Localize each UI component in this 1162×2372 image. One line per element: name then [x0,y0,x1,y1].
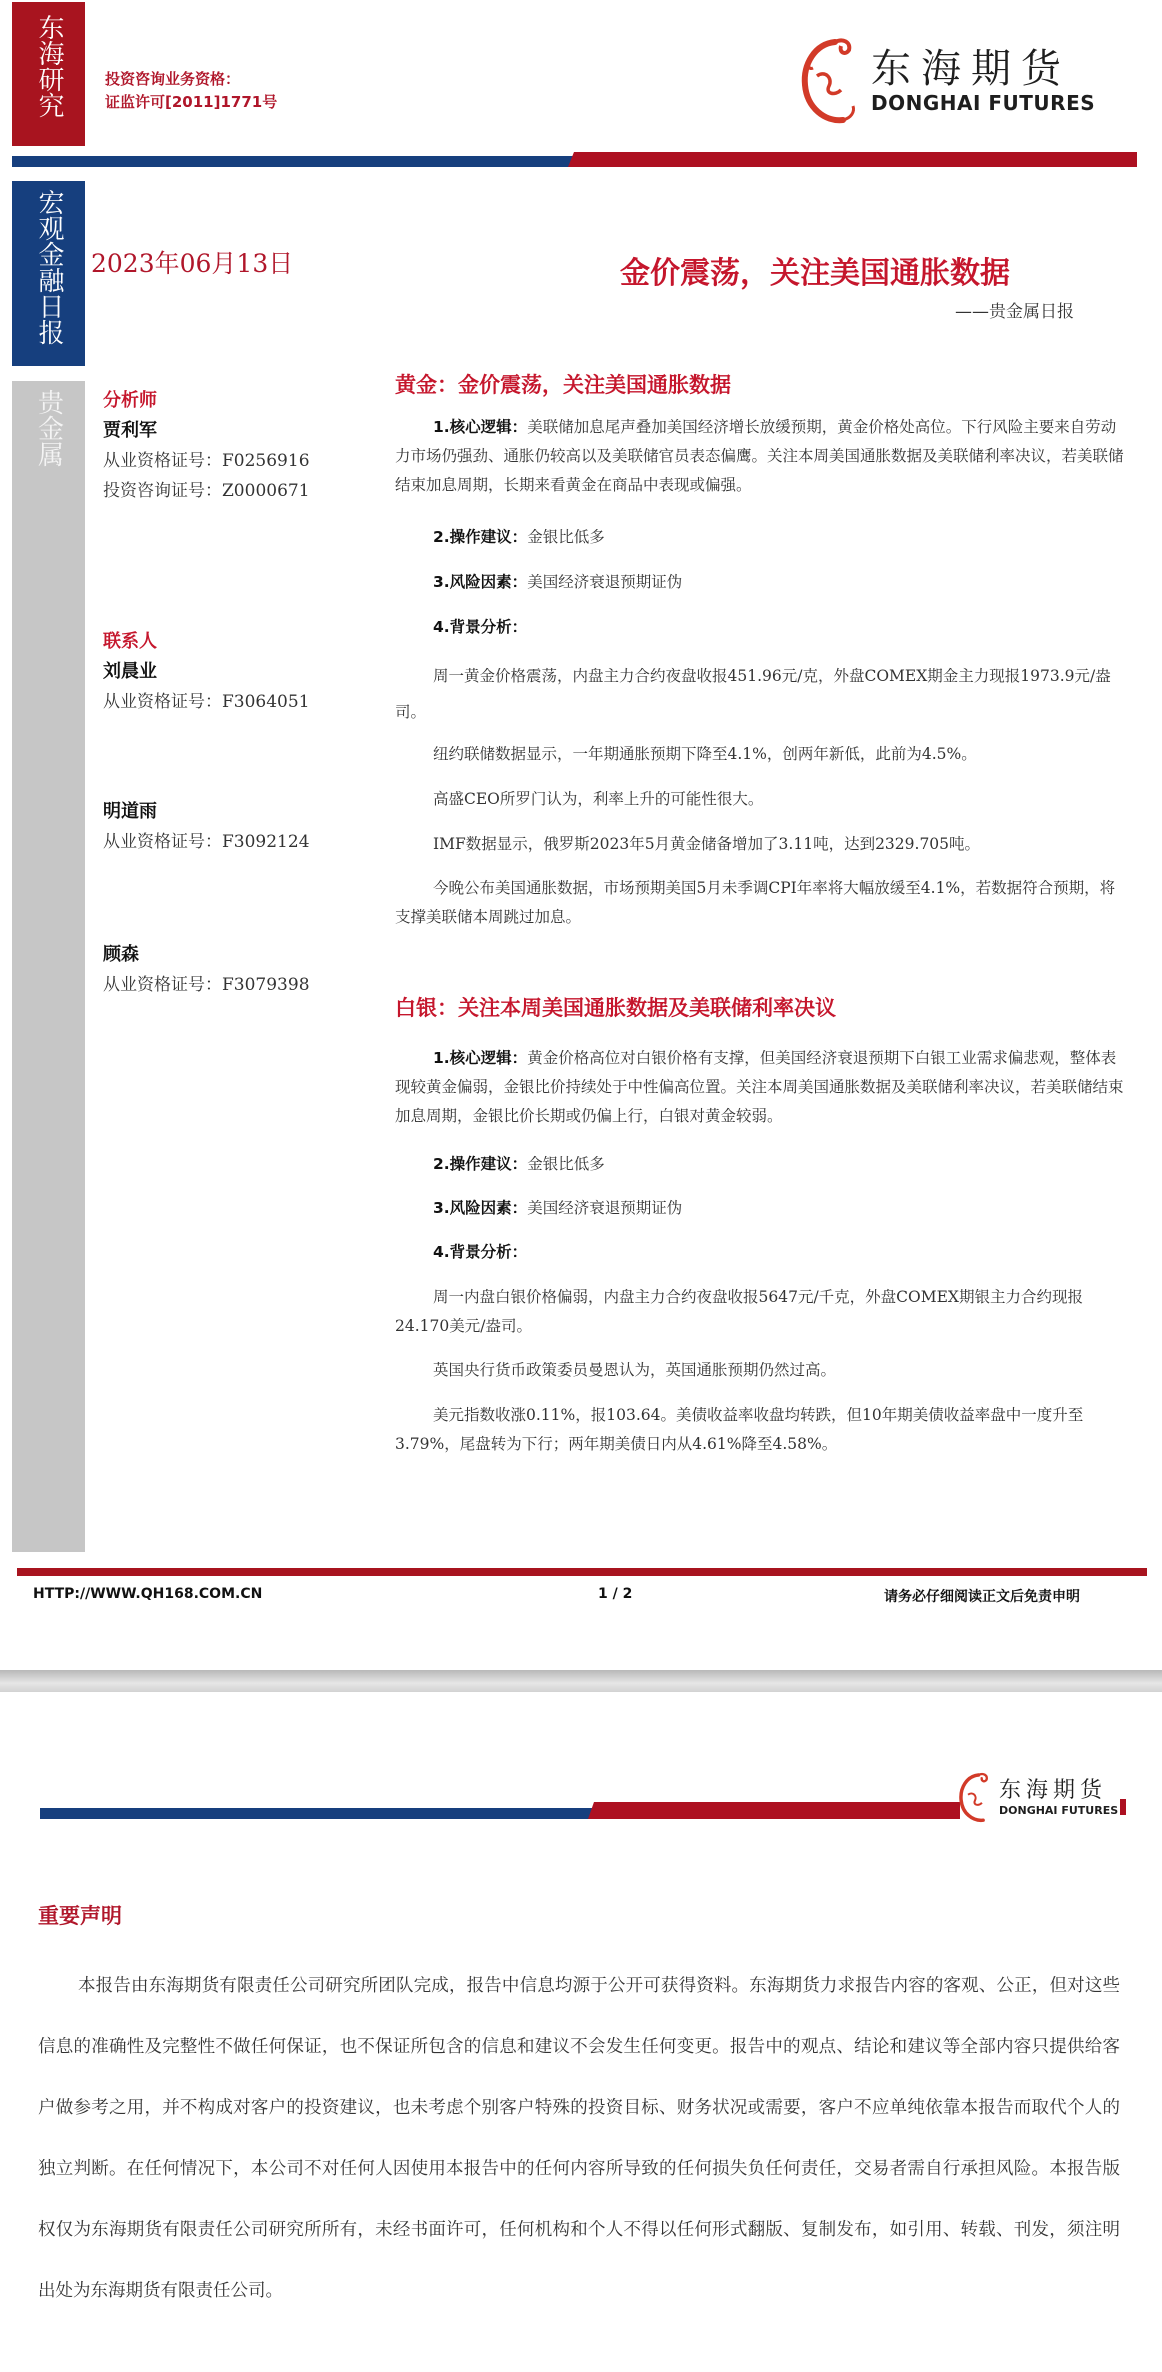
sector-tag-label: 贵金属 [34,389,64,467]
gold-bg-paragraph: 纽约联储数据显示，一年期通胀预期下降至4.1%，创两年新低，此前为4.5%。 [395,740,1125,769]
contact-cert: 从业资格证号：F3079398 [103,970,310,1000]
gold-risk-text: 美国经济衰退预期证伪 [527,573,682,591]
page2-logo: 东海期货 DONGHAI FUTURES [955,1768,1126,1826]
silver-core-label: 1.核心逻辑： [433,1049,527,1067]
gold-bg-paragraph: 周一黄金价格震荡，内盘主力合约夜盘收报451.96元/克，外盘COMEX期金主力… [395,658,1125,730]
silver-bg-paragraph: 美元指数收涨0.11%，报103.64。美债收益率收盘均转跌，但10年期美债收益… [395,1401,1125,1459]
contact-name: 刘晨业 [103,657,310,687]
gold-background: 4.背景分析： [395,613,1125,642]
silver-operation: 2.操作建议：金银比低多 [395,1150,1125,1179]
report-title: 金价震荡，关注美国通胀数据 [620,248,1010,292]
gold-bg-label: 4.背景分析： [433,618,527,636]
footer-divider [17,1568,1147,1576]
logo-en-text: DONGHAI FUTURES [999,1804,1118,1817]
page-number: 1 / 2 [598,1586,632,1602]
silver-bg-paragraph: 周一内盘白银价格偏弱，内盘主力合约夜盘收报5647元/千克，外盘COMEX期银主… [395,1283,1125,1341]
disclaimer-body: 本报告由东海期货有限责任公司研究所团队完成，报告中信息均源于公开可获得资料。东海… [38,1956,1120,2322]
page-separator [0,1670,1162,1692]
footer-url[interactable]: HTTP://WWW.QH168.COM.CN [33,1586,262,1602]
gold-heading: 黄金：金价震荡，关注美国通胀数据 [395,369,731,399]
contact-block: 顾森 从业资格证号：F3079398 [103,940,310,1000]
analyst-advisory-cert: 投资咨询证号：Z0000671 [103,476,310,506]
silver-background: 4.背景分析： [395,1238,1125,1267]
silver-bg-label: 4.背景分析： [433,1243,527,1261]
contact-cert: 从业资格证号：F3092124 [103,827,310,857]
contact-block: 明道雨 从业资格证号：F3092124 [103,797,310,857]
gold-risk: 3.风险因素：美国经济衰退预期证伪 [395,568,1125,597]
category-tag: 宏观金融日报 [12,181,85,366]
sector-tag: 贵金属 [12,381,85,1552]
logo-cn-text: 东海期货 [871,46,1095,92]
silver-risk-label: 3.风险因素： [433,1199,527,1217]
silver-op-text: 金银比低多 [527,1155,605,1173]
dragon-logo-icon [795,30,863,130]
silver-risk: 3.风险因素：美国经济衰退预期证伪 [395,1194,1125,1223]
header-band [12,152,1137,168]
analyst-cert: 从业资格证号：F0256916 [103,446,310,476]
analyst-block: 分析师 贾利军 从业资格证号：F0256916 投资咨询证号：Z0000671 [103,386,310,506]
license-info: 投资咨询业务资格： 证监许可[2011]1771号 [105,68,277,114]
page2-header-band [40,1804,960,1820]
logo-en-text: DONGHAI FUTURES [871,92,1095,114]
contact-cert: 从业资格证号：F3064051 [103,687,310,717]
gold-bg-paragraph: IMF数据显示，俄罗斯2023年5月黄金储备增加了3.11吨，达到2329.70… [395,830,1125,859]
gold-op-label: 2.操作建议： [433,528,527,546]
contact-name: 明道雨 [103,797,310,827]
silver-op-label: 2.操作建议： [433,1155,527,1173]
footer-disclaimer-note: 请务必仔细阅读正文后免责申明 [884,1586,1080,1606]
silver-heading: 白银：关注本周美国通胀数据及美联储利率决议 [395,992,836,1022]
dragon-logo-icon [955,1768,995,1826]
logo-cn-text: 东海期货 [999,1778,1118,1804]
silver-core-logic: 1.核心逻辑：黄金价格高位对白银价格有支撑，但美国经济衰退预期下白银工业需求偏悲… [395,1044,1125,1131]
contact-name: 顾森 [103,940,310,970]
analyst-name: 贾利军 [103,416,310,446]
gold-operation: 2.操作建议：金银比低多 [395,523,1125,552]
report-date: 2023年06月13日 [91,244,293,280]
gold-risk-label: 3.风险因素： [433,573,527,591]
license-number: 证监许可[2011]1771号 [105,91,277,114]
analyst-label: 分析师 [103,386,310,416]
report-subtitle: ——贵金属日报 [955,297,1074,322]
company-logo: 东海期货 DONGHAI FUTURES [795,30,1095,130]
contact-block: 联系人 刘晨业 从业资格证号：F3064051 [103,627,310,717]
gold-bg-paragraph: 高盛CEO所罗门认为，利率上升的可能性很大。 [395,785,1125,814]
gold-core-logic: 1.核心逻辑：美联储加息尾声叠加美国经济增长放缓预期，黄金价格处高位。下行风险主… [395,413,1125,500]
gold-op-text: 金银比低多 [527,528,605,546]
disclaimer-title: 重要声明 [38,1900,122,1930]
gold-bg-paragraph: 今晚公布美国通胀数据，市场预期美国5月未季调CPI年率将大幅放缓至4.1%，若数… [395,874,1125,932]
contact-label: 联系人 [103,627,310,657]
silver-risk-text: 美国经济衰退预期证伪 [527,1199,682,1217]
license-label: 投资咨询业务资格： [105,68,277,91]
gold-core-label: 1.核心逻辑： [433,418,527,436]
research-tag: 东海研究 [12,2,85,146]
silver-bg-paragraph: 英国央行货币政策委员曼恩认为，英国通胀预期仍然过高。 [395,1356,1125,1385]
